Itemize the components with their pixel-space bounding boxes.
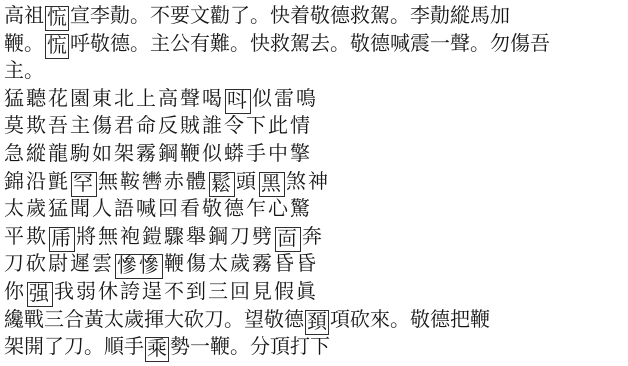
text-segment: 錦沿氈 xyxy=(4,171,70,193)
boxed-character: 㤺 xyxy=(45,34,69,59)
text-segment: 主。 xyxy=(4,60,44,82)
text-segment: 無鞍轡赤體 xyxy=(98,171,208,193)
text-segment: 宣李勣。不要文勸了。快着敬德救駕。李勣縱馬加 xyxy=(70,5,510,27)
boxed-character: 呌 xyxy=(225,89,251,114)
text-line: 纔戰三合黃太歲揮大砍刀。望敬德頚項砍來。敬德把鞭 xyxy=(4,307,626,335)
text-line: 急縱龍駒如架霧鋼鞭似蟒手中擎 xyxy=(4,141,626,169)
text-segment: 將無袍鎧驟舉鋼刀劈 xyxy=(76,226,274,248)
text-line: 錦沿氈罕無鞍轡赤體鬆頭黑煞神 xyxy=(4,169,626,197)
boxed-character: 黑 xyxy=(259,172,285,197)
text-line: 主。 xyxy=(4,58,626,86)
text-segment: 呼敬德。主公有難。快救駕去。敬德喊震一聲。勿傷吾 xyxy=(70,33,550,55)
text-segment: 頭 xyxy=(236,171,258,193)
text-page: 高祖㤺宣李勣。不要文勸了。快着敬德救駕。李勣縱馬加鞭。㤺呼敬德。主公有難。快救駕… xyxy=(0,0,628,366)
text-segment: 平欺 xyxy=(4,226,48,248)
boxed-character: 靣 xyxy=(275,227,301,252)
text-segment: 猛聽花園東北上高聲喝 xyxy=(4,88,224,110)
text-segment: 急縱龍駒如架霧鋼鞭似蟒手中擎 xyxy=(4,143,312,165)
boxed-character: 乕 xyxy=(49,227,75,252)
text-line: 平欺乕將無袍鎧驟舉鋼刀劈靣奔 xyxy=(4,224,626,252)
text-segment: 你 xyxy=(4,281,26,303)
text-line: 架開了刀。順手乘勢一鞭。分頂打下 xyxy=(4,334,626,362)
boxed-character: 鬆 xyxy=(209,172,235,197)
text-line: 太歲猛聞人語喊回看敬德乍心驚 xyxy=(4,196,626,224)
text-segment: 鞭。 xyxy=(4,33,44,55)
text-line: 鞭。㤺呼敬德。主公有難。快救駕去。敬德喊震一聲。勿傷吾 xyxy=(4,31,626,59)
text-line: 莫欺吾主傷君命反賊誰令下此情 xyxy=(4,113,626,141)
text-segment: 刀砍尉遲雲 xyxy=(4,253,114,275)
boxed-character: 罕 xyxy=(71,172,97,197)
boxed-character: 慘慘 xyxy=(115,254,163,279)
boxed-character: 㤺 xyxy=(45,6,69,31)
boxed-character: 頚 xyxy=(305,310,329,335)
text-line: 你强我弱休誇逞不到三回見假眞 xyxy=(4,279,626,307)
text-segment: 架開了刀。順手 xyxy=(4,336,144,358)
text-line: 刀砍尉遲雲慘慘鞭傷太歲霧昏昏 xyxy=(4,251,626,279)
text-segment: 鞭傷太歲霧昏昏 xyxy=(164,253,318,275)
text-segment: 煞神 xyxy=(286,171,330,193)
text-segment: 莫欺吾主傷君命反賊誰令下此情 xyxy=(4,115,312,137)
text-segment: 奔 xyxy=(302,226,324,248)
text-segment: 太歲猛聞人語喊回看敬德乍心驚 xyxy=(4,198,312,220)
text-segment: 項砍來。敬德把鞭 xyxy=(330,309,490,331)
text-segment: 纔戰三合黃太歲揮大砍刀。望敬德 xyxy=(4,309,304,331)
text-segment: 高祖 xyxy=(4,5,44,27)
boxed-character: 乘 xyxy=(145,337,169,362)
text-segment: 似雷鳴 xyxy=(252,88,318,110)
text-segment: 我弱休誇逞不到三回見假眞 xyxy=(54,281,318,303)
boxed-character: 强 xyxy=(27,282,53,307)
text-segment: 勢一鞭。分頂打下 xyxy=(170,336,330,358)
text-line: 猛聽花園東北上高聲喝呌似雷鳴 xyxy=(4,86,626,114)
text-line: 高祖㤺宣李勣。不要文勸了。快着敬德救駕。李勣縱馬加 xyxy=(4,3,626,31)
